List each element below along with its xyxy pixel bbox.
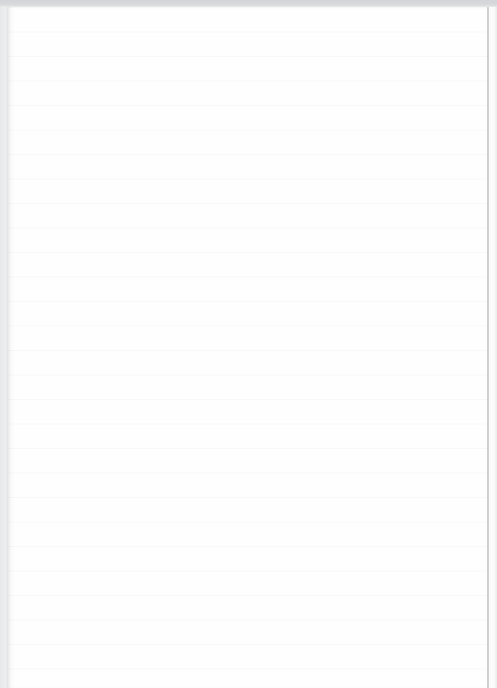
page-right-edge-line xyxy=(487,0,489,688)
scan-right-margin xyxy=(489,0,497,688)
scanner-top-band xyxy=(0,0,497,7)
scan-left-edge-strip xyxy=(0,0,8,688)
scanned-document-page xyxy=(8,7,487,688)
